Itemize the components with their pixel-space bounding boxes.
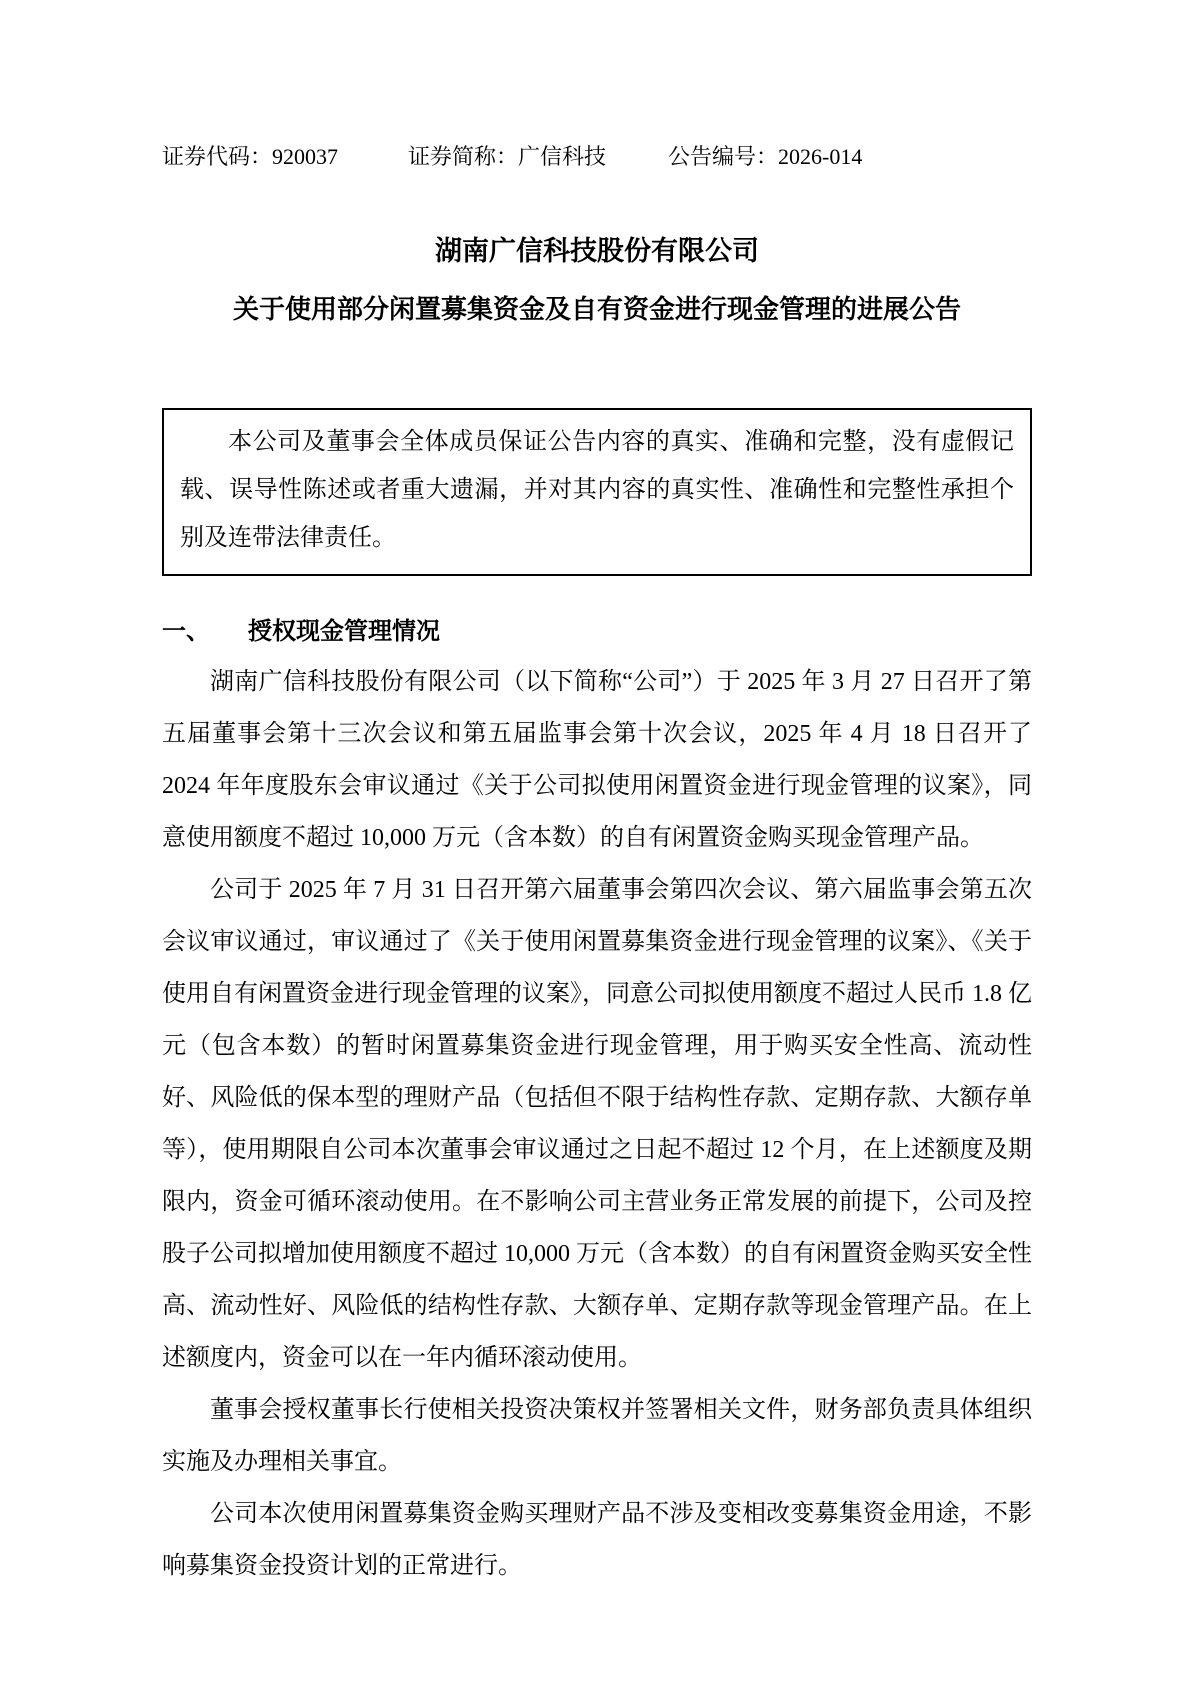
announcement-number: 公告编号：2026-014	[668, 142, 862, 172]
body-paragraph: 公司于 2025 年 7 月 31 日召开第六届董事会第四次会议、第六届监事会第…	[162, 864, 1032, 1384]
announcement-subtitle: 关于使用部分闲置募集资金及自有资金进行现金管理的进展公告	[162, 292, 1032, 326]
section-body: 湖南广信科技股份有限公司（以下简称“公司”）于 2025 年 3 月 27 日召…	[162, 656, 1032, 1592]
body-paragraph: 董事会授权董事长行使相关投资决策权并签署相关文件，财务部负责具体组织实施及办理相…	[162, 1384, 1032, 1488]
section-title: 授权现金管理情况	[248, 618, 440, 645]
company-title: 湖南广信科技股份有限公司	[162, 234, 1032, 268]
body-paragraph: 湖南广信科技股份有限公司（以下简称“公司”）于 2025 年 3 月 27 日召…	[162, 656, 1032, 864]
disclaimer-box: 本公司及董事会全体成员保证公告内容的真实、准确和完整，没有虚假记载、误导性陈述或…	[162, 408, 1032, 576]
section-heading-1: 一、授权现金管理情况	[162, 614, 1032, 650]
document-meta-row: 证券代码：920037 证券简称：广信科技 公告编号：2026-014	[162, 142, 1032, 172]
section-number: 一、	[162, 614, 248, 650]
body-paragraph: 公司本次使用闲置募集资金购买理财产品不涉及变相改变募集资金用途，不影响募集资金投…	[162, 1488, 1032, 1592]
announcement-page: 证券代码：920037 证券简称：广信科技 公告编号：2026-014 湖南广信…	[0, 0, 1190, 1683]
disclaimer-text: 本公司及董事会全体成员保证公告内容的真实、准确和完整，没有虚假记载、误导性陈述或…	[180, 418, 1014, 562]
stock-abbreviation: 证券简称：广信科技	[408, 142, 606, 172]
stock-code: 证券代码：920037	[162, 142, 338, 172]
